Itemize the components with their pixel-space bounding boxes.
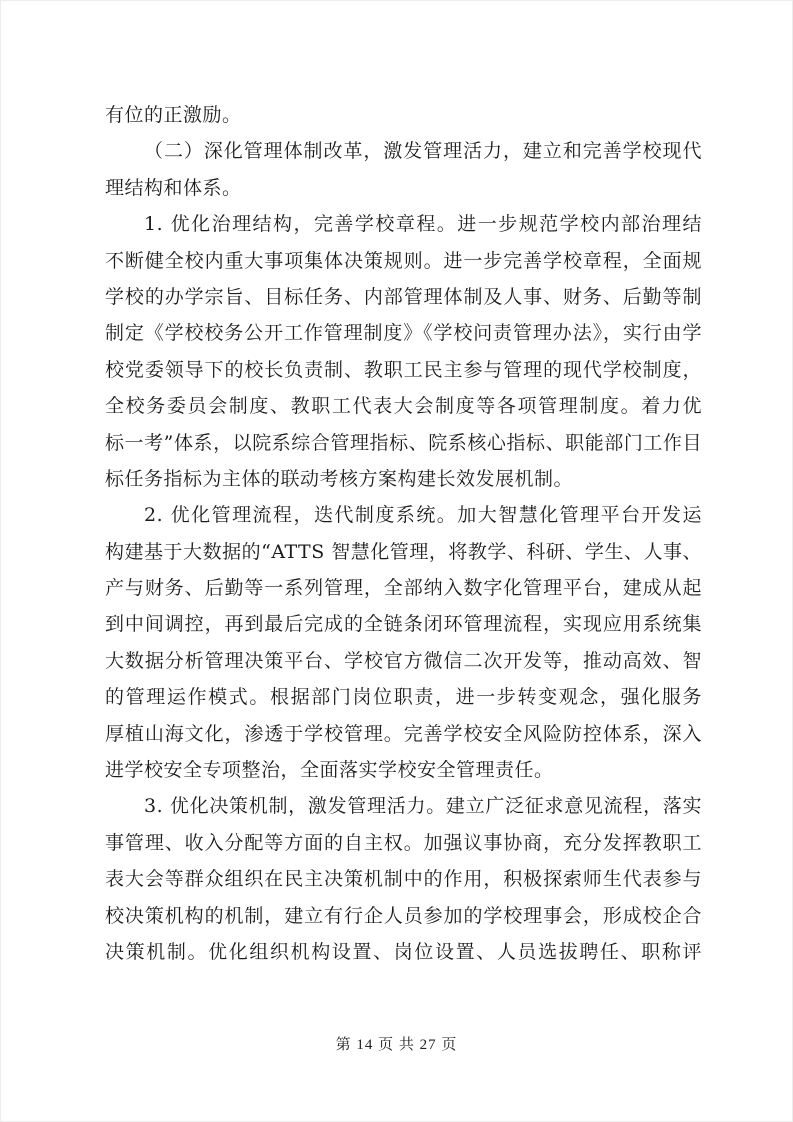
text-line: 1. 优化治理结构，完善学校章程。进一步规范学校内部治理结构， — [105, 206, 702, 242]
text-line: 决策机制。优化组织机构设置、岗位设置、人员选拔聘任、职称评聘、 — [105, 934, 702, 970]
paragraph: 有位的正激励。 — [105, 97, 702, 133]
page-footer: 第 14 页 共 27 页 — [1, 1033, 792, 1054]
text-line: 制定《学校校务公开工作管理制度》《学校问责管理办法》，实行由学 — [105, 315, 702, 351]
text-line: 的管理运作模式。根据部门岗位职责，进一步转变观念，强化服务化， — [105, 679, 702, 715]
paragraph: 1. 优化治理结构，完善学校章程。进一步规范学校内部治理结构，不断健全校内重大事… — [105, 206, 702, 497]
text-line: 全校务委员会制度、教职工代表大会制度等各项管理制度。着力优化“三 — [105, 388, 702, 424]
text-line: 构建基于大数据的“ATTS 智慧化管理，将教学、科研、学生、人事、资 — [105, 534, 702, 570]
text-line: 校党委领导下的校长负责制、教职工民主参与管理的现代学校制度，健 — [105, 352, 702, 388]
text-line: 有位的正激励。 — [105, 97, 702, 133]
text-line: 到中间调控，再到最后完成的全链条闭环管理流程，实现应用系统集成、 — [105, 606, 702, 642]
text-line: 表大会等群众组织在民主决策机制中的作用，积极探索师生代表参与学 — [105, 861, 702, 897]
text-line: 标任务指标为主体的联动考核方案构建长效发展机制。 — [105, 461, 702, 497]
page-number-text: 第 14 页 共 27 页 — [336, 1037, 458, 1053]
text-line: 产与财务、后勤等一系列管理，全部纳入数字化管理平台，建成从起始 — [105, 570, 702, 606]
text-line: 大数据分析管理决策平台、学校官方微信二次开发等，推动高效、智慧 — [105, 643, 702, 679]
text-line: 标一考”体系，以院系综合管理指标、院系核心指标、职能部门工作目 — [105, 425, 702, 461]
text-line: 3. 优化决策机制，激发管理活力。建立广泛征求意见流程，落实人 — [105, 788, 702, 824]
text-line: 进学校安全专项整治，全面落实学校安全管理责任。 — [105, 752, 702, 788]
text-line: 2. 优化管理流程，迭代制度系统。加大智慧化管理平台开发运用， — [105, 497, 702, 533]
text-line: 学校的办学宗旨、目标任务、内部管理体制及人事、财务、后勤等制度。 — [105, 279, 702, 315]
paragraph: （二）深化管理体制改革，激发管理活力，建立和完善学校现代治理结构和体系。 — [105, 133, 702, 206]
text-line: （二）深化管理体制改革，激发管理活力，建立和完善学校现代治 — [105, 133, 702, 169]
document-page: 有位的正激励。（二）深化管理体制改革，激发管理活力，建立和完善学校现代治理结构和… — [0, 0, 793, 1122]
text-line: 厚植山海文化，渗透于学校管理。完善学校安全风险防控体系，深入推 — [105, 716, 702, 752]
document-body: 有位的正激励。（二）深化管理体制改革，激发管理活力，建立和完善学校现代治理结构和… — [105, 97, 702, 970]
text-line: 事管理、收入分配等方面的自主权。加强议事协商，充分发挥教职工代 — [105, 825, 702, 861]
paragraph: 2. 优化管理流程，迭代制度系统。加大智慧化管理平台开发运用，构建基于大数据的“… — [105, 497, 702, 788]
text-line: 理结构和体系。 — [105, 170, 702, 206]
paragraph: 3. 优化决策机制，激发管理活力。建立广泛征求意见流程，落实人事管理、收入分配等… — [105, 788, 702, 970]
text-line: 不断健全校内重大事项集体决策规则。进一步完善学校章程，全面规范 — [105, 243, 702, 279]
text-line: 校决策机构的机制，建立有行企人员参加的学校理事会，形成校企合作 — [105, 898, 702, 934]
